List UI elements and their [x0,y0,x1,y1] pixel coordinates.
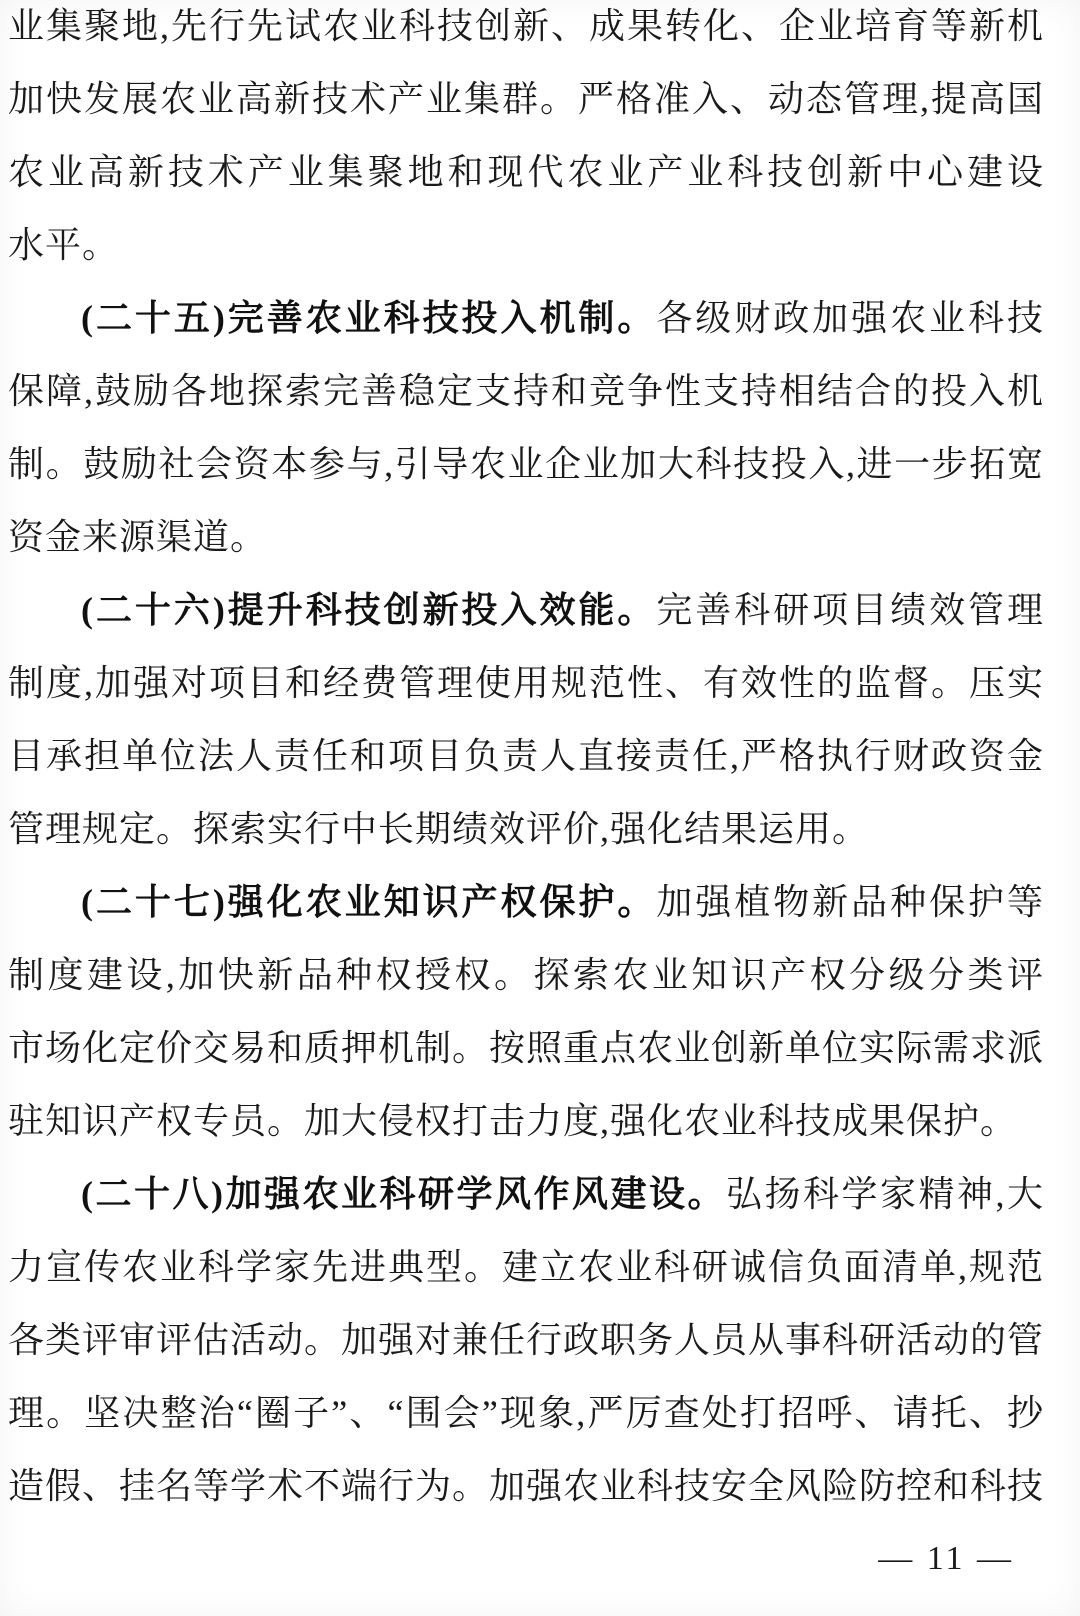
paragraph: (二十七)强化农业知识产权保护。加强植物新品种保护等制度建设,加快新品种权授权。… [8,866,1044,1158]
page-number: — 11 — [878,1540,1014,1578]
text-line: 业集聚地,先行先试农业科技创新、成果转化、企业培育等新机制, [8,0,1044,63]
text-line: 制。鼓励社会资本参与,引导农业企业加大科技投入,进一步拓宽 [8,428,1044,501]
text-line: 力宣传农业科学家先进典型。建立农业科研诚信负面清单,规范 [8,1231,1044,1304]
text-line: (二十五)完善农业科技投入机制。各级财政加强农业科技 [8,282,1044,355]
text-line: 制度建设,加快新品种权授权。探索农业知识产权分级分类评价、 [8,939,1044,1012]
body-text: 理。坚决整治“圈子”、“围会”现象,严厉查处打招呼、请托、抄袭、 [8,1393,1044,1450]
text-line: (二十八)加强农业科研学风作风建设。弘扬科学家精神,大 [8,1158,1044,1231]
body-text: 完善科研项目绩效管理 [656,590,1044,630]
body-text: 各类评审评估活动。加强对兼任行政职务人员从事科研活动的管 [8,1320,1044,1360]
body-text: 加快发展农业高新技术产业集群。严格准入、动态管理,提高国家 [8,79,1044,136]
body-text: 驻知识产权专员。加大侵权打击力度,强化农业科技成果保护。 [8,1101,1017,1141]
body-text: 加强植物新品种保护等 [656,882,1044,922]
text-line: (二十六)提升科技创新投入效能。完善科研项目绩效管理 [8,574,1044,647]
text-line: 资金来源渠道。 [8,501,1044,574]
body-text: 业集聚地,先行先试农业科技创新、成果转化、企业培育等新机制, [8,6,1044,63]
text-line: (二十七)强化农业知识产权保护。加强植物新品种保护等 [8,866,1044,939]
text-line: 造假、挂名等学术不端行为。加强农业科技安全风险防控和科技 [8,1450,1044,1523]
body-text: 造假、挂名等学术不端行为。加强农业科技安全风险防控和科技 [8,1466,1044,1506]
section-heading-text: (二十六)提升科技创新投入效能。 [81,590,656,630]
body-text: 各级财政加强农业科技 [656,298,1044,338]
paragraph: (二十八)加强农业科研学风作风建设。弘扬科学家精神,大力宣传农业科学家先进典型。… [8,1158,1044,1523]
paragraph: 业集聚地,先行先试农业科技创新、成果转化、企业培育等新机制,加快发展农业高新技术… [8,0,1044,282]
paragraph: (二十六)提升科技创新投入效能。完善科研项目绩效管理制度,加强对项目和经费管理使… [8,574,1044,866]
section-heading-text: (二十八)加强农业科研学风作风建设。 [81,1174,726,1214]
body-text: 农业高新技术产业集聚地和现代农业产业科技创新中心建设 [8,152,1044,192]
section-heading-text: (二十七)强化农业知识产权保护。 [81,882,656,922]
text-line: 农业高新技术产业集聚地和现代农业产业科技创新中心建设 [8,136,1044,209]
text-line: 加快发展农业高新技术产业集群。严格准入、动态管理,提高国家 [8,63,1044,136]
text-line: 保障,鼓励各地探索完善稳定支持和竞争性支持相结合的投入机 [8,355,1044,428]
body-text: 力宣传农业科学家先进典型。建立农业科研诚信负面清单,规范 [8,1247,1044,1287]
text-line: 理。坚决整治“圈子”、“围会”现象,严厉查处打招呼、请托、抄袭、 [8,1377,1044,1450]
body-text: 制度建设,加快新品种权授权。探索农业知识产权分级分类评价、 [8,955,1044,1012]
document-page: 业集聚地,先行先试农业科技创新、成果转化、企业培育等新机制,加快发展农业高新技术… [0,0,1080,1616]
text-line: 制度,加强对项目和经费管理使用规范性、有效性的监督。压实项 [8,647,1044,720]
text-line: 市场化定价交易和质押机制。按照重点农业创新单位实际需求派 [8,1012,1044,1085]
body-text: 制。鼓励社会资本参与,引导农业企业加大科技投入,进一步拓宽 [8,444,1044,484]
text-line: 各类评审评估活动。加强对兼任行政职务人员从事科研活动的管 [8,1304,1044,1377]
body-text: 目承担单位法人责任和项目负责人直接责任,严格执行财政资金 [8,736,1044,776]
section-heading-text: (二十五)完善农业科技投入机制。 [81,298,656,338]
body-text: 市场化定价交易和质押机制。按照重点农业创新单位实际需求派 [8,1028,1044,1068]
text-line: 管理规定。探索实行中长期绩效评价,强化结果运用。 [8,793,1044,866]
body-text: 管理规定。探索实行中长期绩效评价,强化结果运用。 [8,809,869,849]
body-text: 水平。 [8,225,119,265]
text-line: 目承担单位法人责任和项目负责人直接责任,严格执行财政资金 [8,720,1044,793]
body-text: 保障,鼓励各地探索完善稳定支持和竞争性支持相结合的投入机 [8,371,1044,411]
paragraph: (二十五)完善农业科技投入机制。各级财政加强农业科技保障,鼓励各地探索完善稳定支… [8,282,1044,574]
document-body: 业集聚地,先行先试农业科技创新、成果转化、企业培育等新机制,加快发展农业高新技术… [8,0,1044,1523]
text-line: 水平。 [8,209,1044,282]
text-line: 驻知识产权专员。加大侵权打击力度,强化农业科技成果保护。 [8,1085,1044,1158]
body-text: 制度,加强对项目和经费管理使用规范性、有效性的监督。压实项 [8,663,1044,720]
body-text: 资金来源渠道。 [8,517,267,557]
body-text: 弘扬科学家精神,大 [726,1174,1044,1214]
